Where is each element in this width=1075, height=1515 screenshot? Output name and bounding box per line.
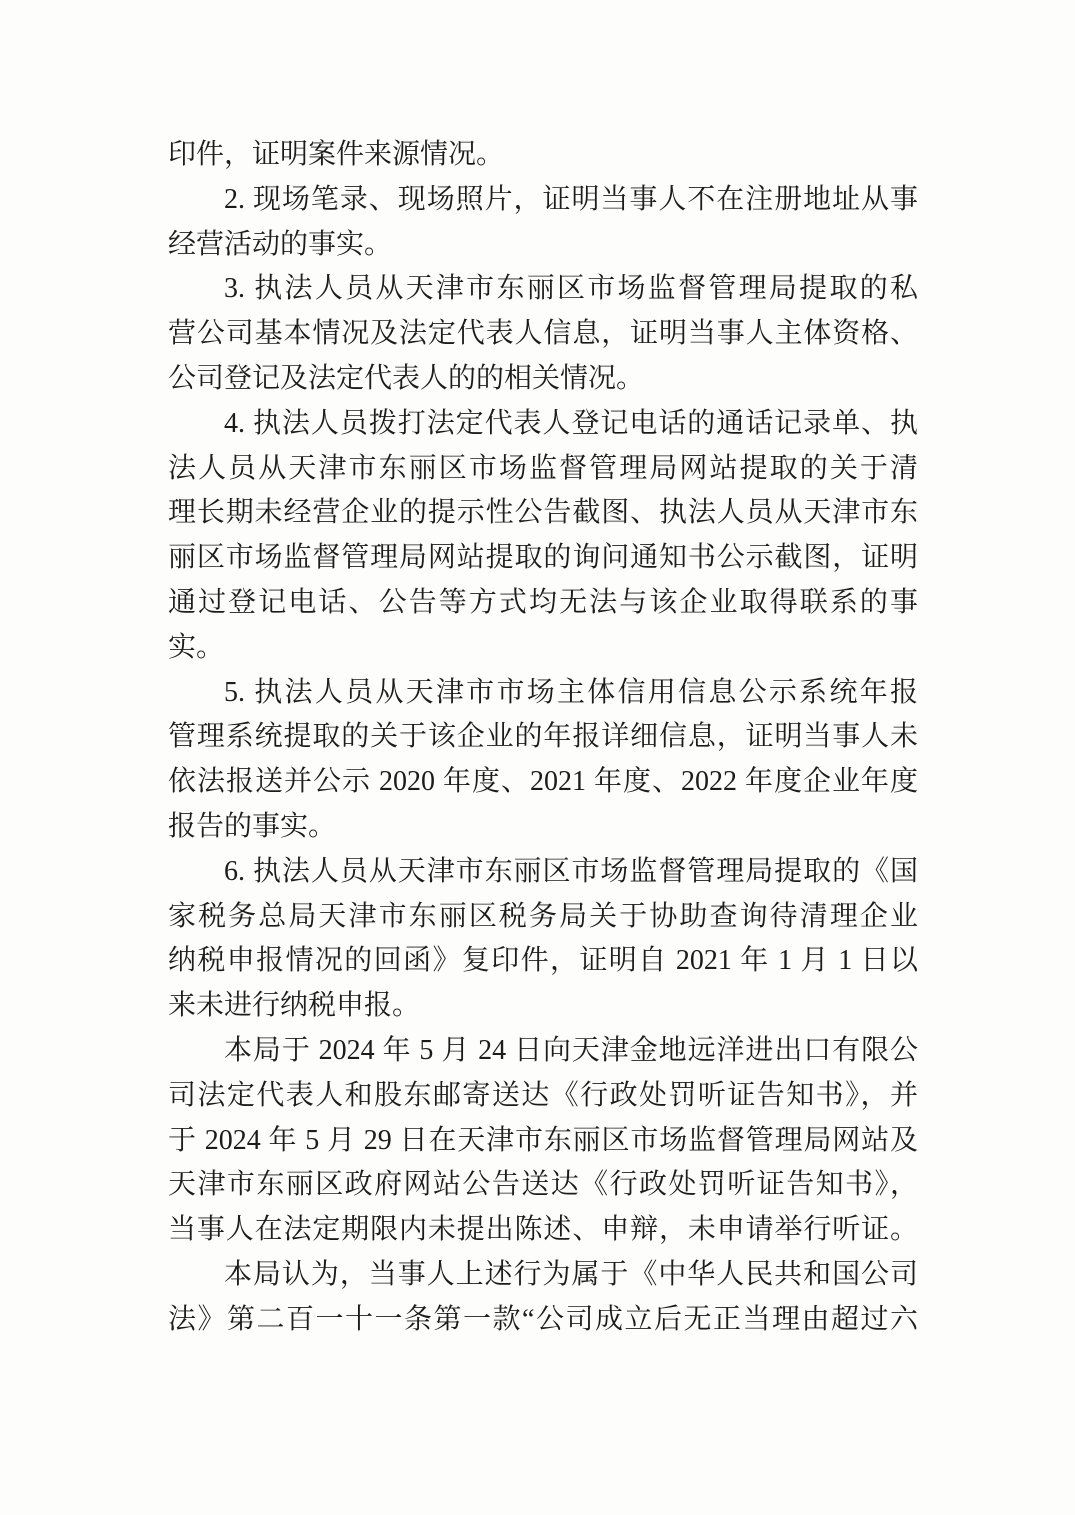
text-line: 法》第二百一十一条第一款“公司成立后无正当理由超过六 [168,1298,918,1343]
text-line: 天津市东丽区政府网站公告送达《行政处罚听证告知书》， [168,1163,918,1208]
text-line: 营公司基本情况及法定代表人信息，证明当事人主体资格、 [168,312,918,357]
text-line: 来未进行纳税申报。 [168,984,918,1029]
text-line: 当事人在法定期限内未提出陈述、申辩，未申请举行听证。 [168,1208,918,1253]
text-line: 本局认为，当事人上述行为属于《中华人民共和国公司 [168,1253,918,1298]
text-line: 4. 执法人员拨打法定代表人登记电话的通话记录单、执 [168,402,918,447]
scanned-document-page: 印件，证明案件来源情况。2. 现场笔录、现场照片，证明当事人不在注册地址从事经营… [0,0,1075,1515]
text-line: 理长期未经营企业的提示性公告截图、执法人员从天津市东 [168,491,918,536]
text-line: 3. 执法人员从天津市东丽区市场监督管理局提取的私 [168,267,918,312]
text-line: 6. 执法人员从天津市东丽区市场监督管理局提取的《国 [168,850,918,895]
text-line: 5. 执法人员从天津市市场主体信用信息公示系统年报 [168,671,918,716]
text-line: 公司登记及法定代表人的的相关情况。 [168,357,918,402]
text-line: 经营活动的事实。 [168,223,918,268]
text-line: 依法报送并公示 2020 年度、2021 年度、2022 年度企业年度 [168,760,918,805]
text-line: 实。 [168,626,918,671]
text-line: 丽区市场监督管理局网站提取的询问通知书公示截图，证明 [168,536,918,581]
text-line: 2. 现场笔录、现场照片，证明当事人不在注册地址从事 [168,178,918,223]
text-line: 通过登记电话、公告等方式均无法与该企业取得联系的事 [168,581,918,626]
text-line: 本局于 2024 年 5 月 24 日向天津金地远洋进出口有限公 [168,1029,918,1074]
text-line: 报告的事实。 [168,805,918,850]
text-line: 法人员从天津市东丽区市场监督管理局网站提取的关于清 [168,447,918,492]
document-body-text: 印件，证明案件来源情况。2. 现场笔录、现场照片，证明当事人不在注册地址从事经营… [168,133,918,1343]
text-line: 管理系统提取的关于该企业的年报详细信息，证明当事人未 [168,715,918,760]
text-line: 印件，证明案件来源情况。 [168,133,918,178]
text-line: 纳税申报情况的回函》复印件，证明自 2021 年 1 月 1 日以 [168,939,918,984]
text-line: 司法定代表人和股东邮寄送达《行政处罚听证告知书》，并 [168,1074,918,1119]
text-line: 于 2024 年 5 月 29 日在天津市东丽区市场监督管理局网站及 [168,1119,918,1164]
text-line: 家税务总局天津市东丽区税务局关于协助查询待清理企业 [168,895,918,940]
